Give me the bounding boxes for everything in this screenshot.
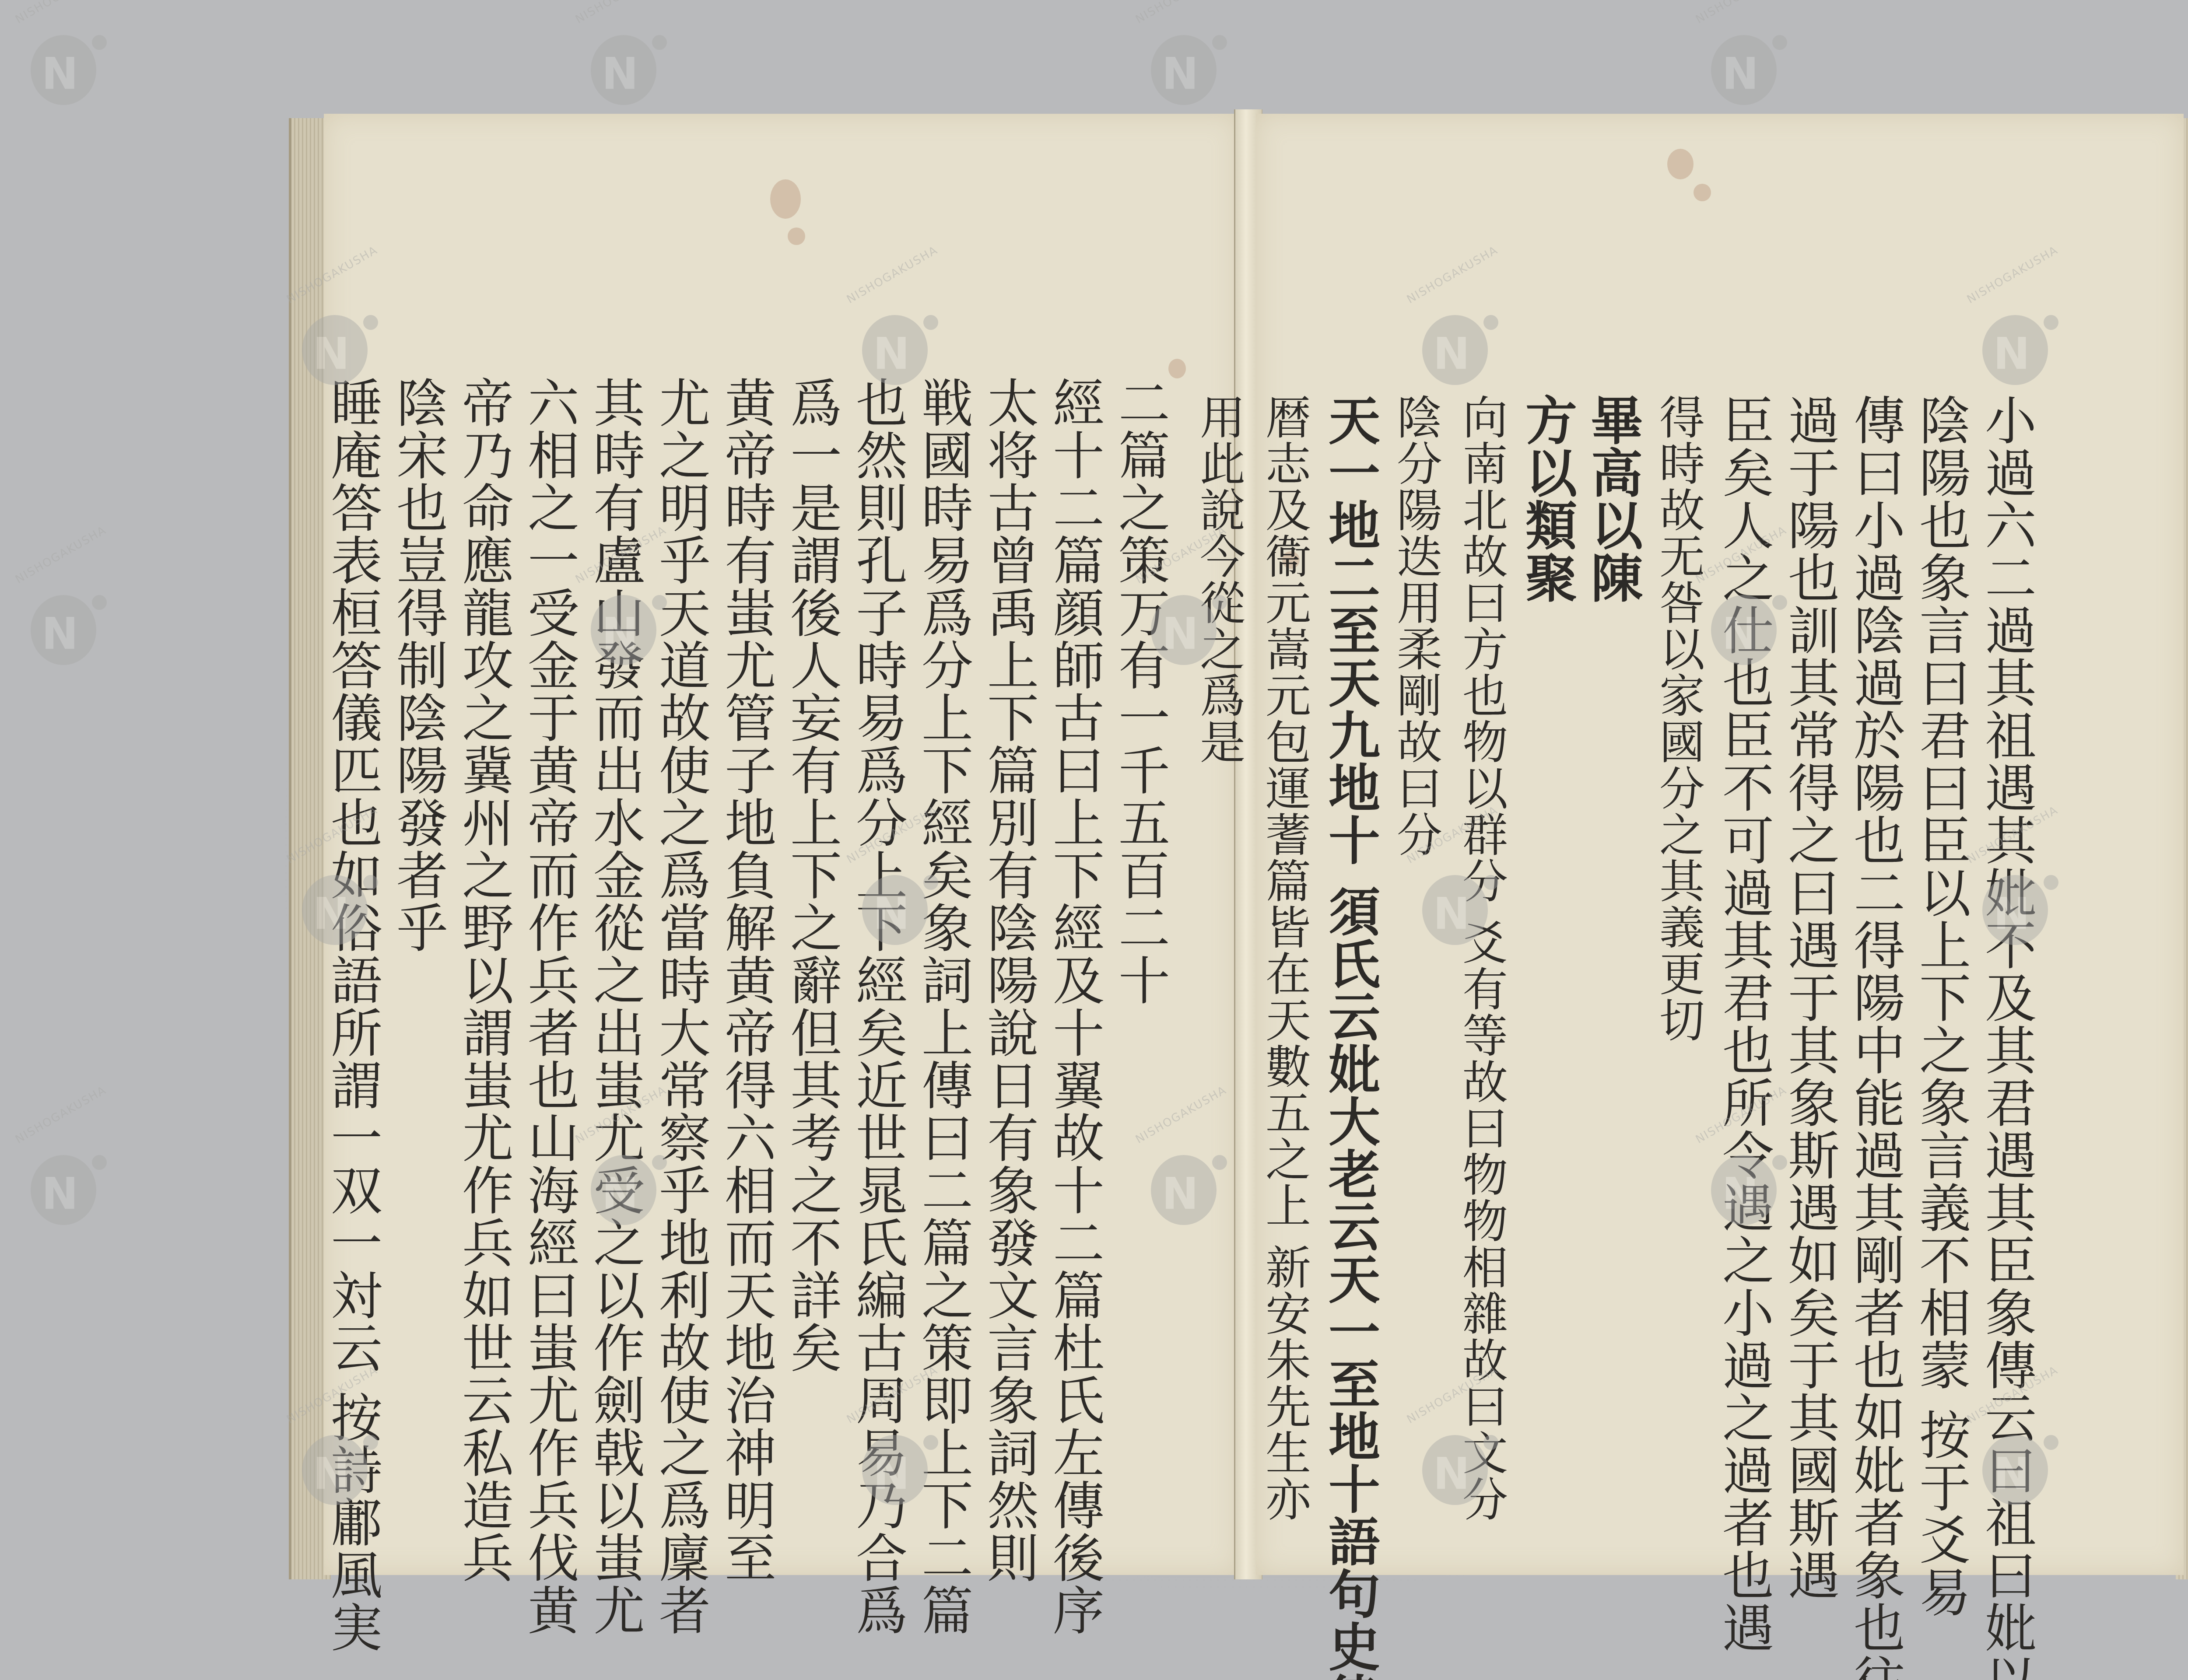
text-column: 陰宋也豈得制陰陽發者乎 bbox=[385, 376, 451, 1557]
text-column: 小過六二過其祖遇其妣不及其君遇其臣象傳云曰祖曰妣以人 bbox=[1974, 394, 2039, 1575]
watermark-logo: NISHOGAKUSHAN bbox=[18, 17, 109, 109]
text-column: 向南北故曰方也物以群分 爻有等故曰物物相雜故曰文分 bbox=[1448, 394, 1514, 1575]
text-column: 臣矣人之仕也臣不可過其君也所令遇之小過之過者也遇 bbox=[1711, 394, 1777, 1575]
text-column: 黄帝時有蚩尤管子地負解黄帝得六相而天地治神明至 bbox=[713, 376, 779, 1557]
text-column: 六相之一受金于黄帝而作兵者也山海經曰蚩尤作兵伐黄 bbox=[516, 376, 582, 1557]
text-column: 尤之明乎天道故使之爲當時大常察乎地利故使之爲廩者 bbox=[648, 376, 713, 1557]
text-column: 爲一是謂後人妄有上下之辭但其考之不詳矣 bbox=[779, 376, 845, 1557]
text-column: 其時有盧山發而出水金從之出蚩尤受之以作劍戟以蚩尤 bbox=[582, 376, 648, 1557]
text-column: 戦國時易爲分上下經矣象詞上傳曰二篇之策即上下二篇 bbox=[910, 376, 976, 1557]
watermark-logo: NISHOGAKUSHAN bbox=[578, 17, 670, 109]
right-page-text: 小過六二過其祖遇其妣不及其君遇其臣象傳云曰祖曰妣以人 陰陽也象言曰君曰臣以上下之… bbox=[1186, 394, 2039, 1575]
text-column-heading: 天一地二至天九地十 須氏云妣大老云天一至地十語句史律 bbox=[1317, 394, 1383, 1575]
watermark-logo: NISHOGAKUSHAN bbox=[1138, 17, 1230, 109]
open-book: 二篇之策万有一千五百二十 經十二篇顔師古曰上下經及十翼故十二篇杜氏左傳後序 太将… bbox=[289, 101, 2188, 1597]
text-column: 暦志及衞元嵩元包運蓍篇皆在天數五之上 新安朱先生亦 bbox=[1252, 394, 1317, 1575]
watermark-logo: NISHOGAKUSHAN bbox=[18, 577, 109, 669]
left-page: 二篇之策万有一千五百二十 經十二篇顔師古曰上下經及十翼故十二篇杜氏左傳後序 太将… bbox=[324, 114, 1238, 1575]
watermark-logo: NISHOGAKUSHAN bbox=[1698, 17, 1790, 109]
text-column: 帝乃命應龍攻之冀州之野以謂蚩尤作兵如世云私造兵 bbox=[451, 376, 516, 1557]
foxing-stain bbox=[770, 179, 801, 219]
foxing-stain bbox=[1168, 359, 1186, 378]
text-column: 也然則孔子時易爲分上下經矣近世晁氏編古周易乃合爲 bbox=[845, 376, 910, 1557]
text-column-heading: 畢高以陳 bbox=[1580, 394, 1645, 1575]
text-column: 傳曰小過陰過於陽也二得陽中能過其剛者也如妣者象也往 bbox=[1842, 394, 1908, 1575]
text-column: 睡庵答表桓答儀匹也如俗語所謂一双一対云 按詩鄘風実 bbox=[319, 376, 385, 1557]
right-page: 小過六二過其祖遇其妣不及其君遇其臣象傳云曰祖曰妣以人 陰陽也象言曰君曰臣以上下之… bbox=[1256, 114, 2184, 1575]
text-column: 陰陽也象言曰君曰臣以上下之象言義不相蒙 按于爻易 bbox=[1908, 394, 1974, 1575]
text-column: 得時故无咎以家國分之其義更切 bbox=[1645, 394, 1711, 1575]
foxing-stain bbox=[1694, 184, 1711, 201]
foxing-stain bbox=[1667, 149, 1694, 179]
text-column: 太将古曾禹上下篇別有陰陽說日有象發文言象詞然則 bbox=[976, 376, 1041, 1557]
text-column: 過于陽也訓其常得之曰遇于其象斯遇如矣于其國斯遇 bbox=[1777, 394, 1842, 1575]
text-column: 二篇之策万有一千五百二十 bbox=[1107, 376, 1173, 1557]
text-column: 陰分陽迭用柔剛故曰分 bbox=[1383, 394, 1448, 1575]
left-page-text: 二篇之策万有一千五百二十 經十二篇顔師古曰上下經及十翼故十二篇杜氏左傳後序 太将… bbox=[319, 376, 1173, 1557]
watermark-logo: NISHOGAKUSHAN bbox=[18, 1137, 109, 1229]
foxing-stain bbox=[788, 227, 805, 245]
text-column: 用此說今從之爲是 bbox=[1186, 394, 1252, 1575]
text-column-heading: 方以類聚 bbox=[1514, 394, 1580, 1575]
text-column: 經十二篇顔師古曰上下經及十翼故十二篇杜氏左傳後序 bbox=[1041, 376, 1107, 1557]
